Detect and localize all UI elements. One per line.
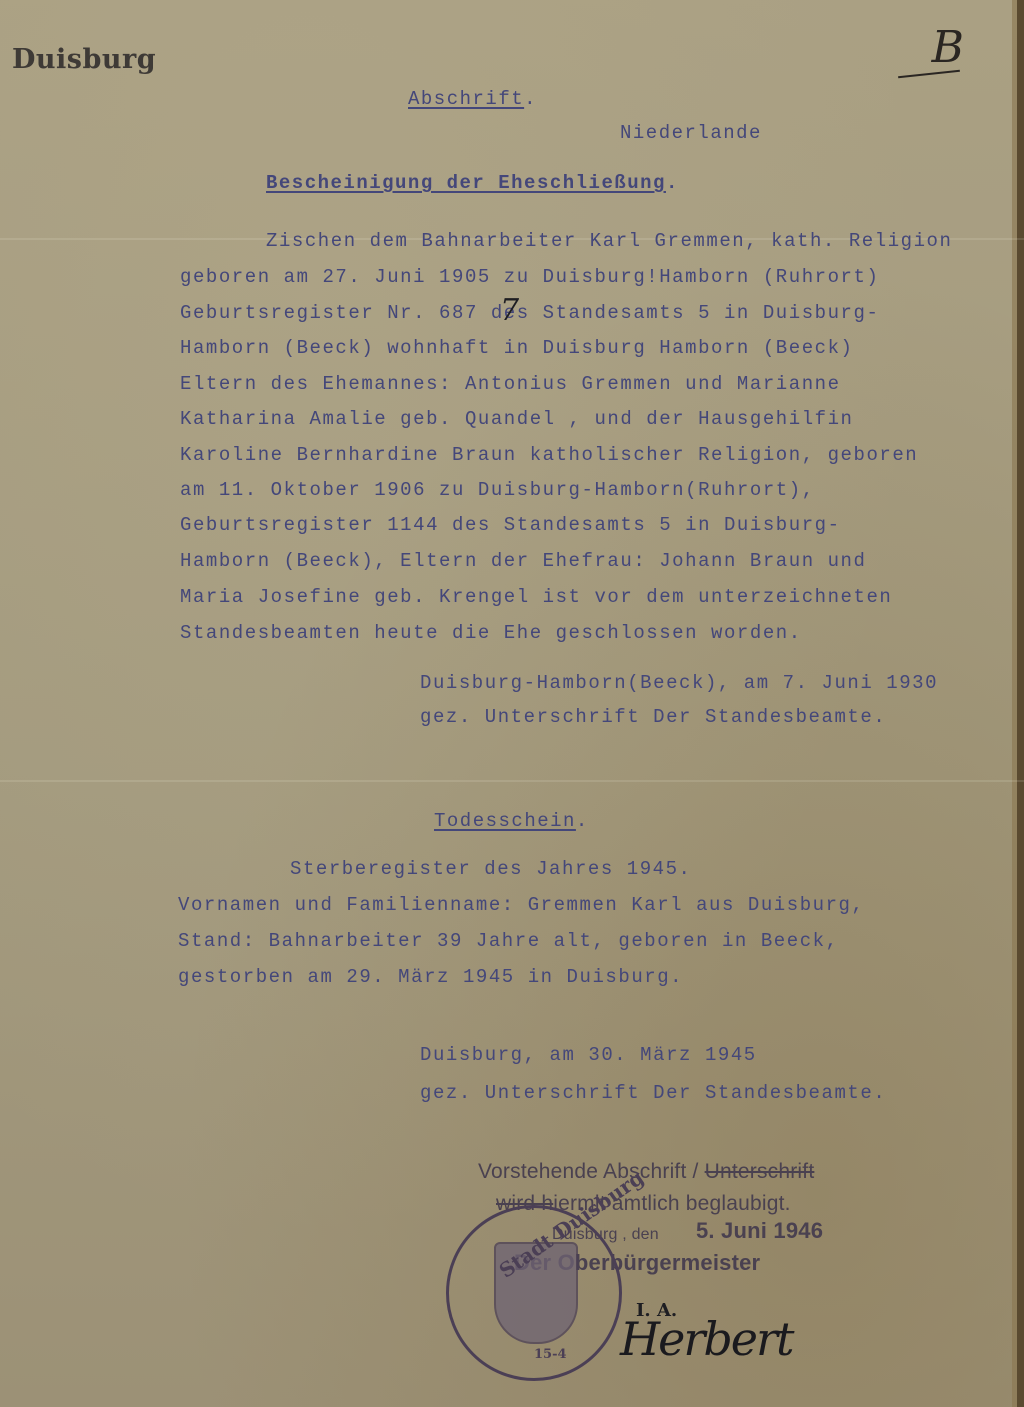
death-line: gestorben am 29. März 1945 in Duisburg. xyxy=(178,966,683,988)
country-label: Niederlande xyxy=(620,122,762,144)
marriage-line: Geburtsregister Nr. 687 des Standesamts … xyxy=(180,302,879,324)
marriage-heading: Bescheinigung der Eheschließung. xyxy=(266,172,679,194)
corner-mark-underline xyxy=(898,70,960,78)
death-heading: Todesschein. xyxy=(434,810,589,832)
struck-text: Unterschrift xyxy=(705,1160,815,1183)
certification-line-1: Vorstehende Abschrift / Unterschrift xyxy=(478,1160,814,1184)
marriage-line: am 11. Oktober 1906 zu Duisburg-Hamborn(… xyxy=(180,479,815,501)
marriage-line: Katharina Amalie geb. Quandel , und der … xyxy=(180,408,854,430)
certification-text: Vorstehende Abschrift / xyxy=(478,1160,705,1183)
marriage-signature-line: gez. Unterschrift Der Standesbeamte. xyxy=(420,706,886,728)
marriage-line: Geburtsregister 1144 des Standesamts 5 i… xyxy=(180,514,841,536)
official-signature: Herbert xyxy=(620,1312,792,1366)
marriage-line: Maria Josefine geb. Krengel ist vor dem … xyxy=(180,586,892,608)
paper-edge xyxy=(1017,0,1024,1407)
marriage-heading-text: Bescheinigung der Eheschließung xyxy=(266,172,666,194)
handwritten-corner-mark: B xyxy=(932,22,964,73)
marriage-place-date: Duisburg-Hamborn(Beeck), am 7. Juni 1930 xyxy=(420,672,938,694)
death-line: Stand: Bahnarbeiter 39 Jahre alt, gebore… xyxy=(178,930,839,952)
copy-label-text: Abschrift xyxy=(408,88,524,110)
death-signature-line: gez. Unterschrift Der Standesbeamte. xyxy=(420,1082,886,1104)
copy-label: Abschrift. xyxy=(408,88,537,110)
marriage-line: Hamborn (Beeck), Eltern der Ehefrau: Joh… xyxy=(180,550,866,572)
death-line: Vornamen und Familienname: Gremmen Karl … xyxy=(178,894,864,916)
death-heading-text: Todesschein xyxy=(434,810,576,832)
death-line: Sterberegister des Jahres 1945. xyxy=(290,858,692,880)
marriage-line: Standesbeamten heute die Ehe geschlossen… xyxy=(180,622,802,644)
marriage-line: Zischen dem Bahnarbeiter Karl Gremmen, k… xyxy=(266,230,952,252)
paper-fold xyxy=(0,780,1024,782)
marriage-line: Karoline Bernhardine Braun katholischer … xyxy=(180,444,918,466)
letterhead-city: Duisburg xyxy=(12,44,156,75)
handwritten-correction: 7 xyxy=(500,293,519,328)
marriage-line: Eltern des Ehemannes: Antonius Gremmen u… xyxy=(180,373,841,395)
certification-date: 5. Juni 1946 xyxy=(696,1218,823,1244)
death-place-date: Duisburg, am 30. März 1945 xyxy=(420,1044,757,1066)
seal-number: 15-4 xyxy=(534,1347,567,1362)
marriage-line: geboren am 27. Juni 1905 zu Duisburg!Ham… xyxy=(180,266,879,288)
marriage-line: Hamborn (Beeck) wohnhaft in Duisburg Ham… xyxy=(180,337,854,359)
